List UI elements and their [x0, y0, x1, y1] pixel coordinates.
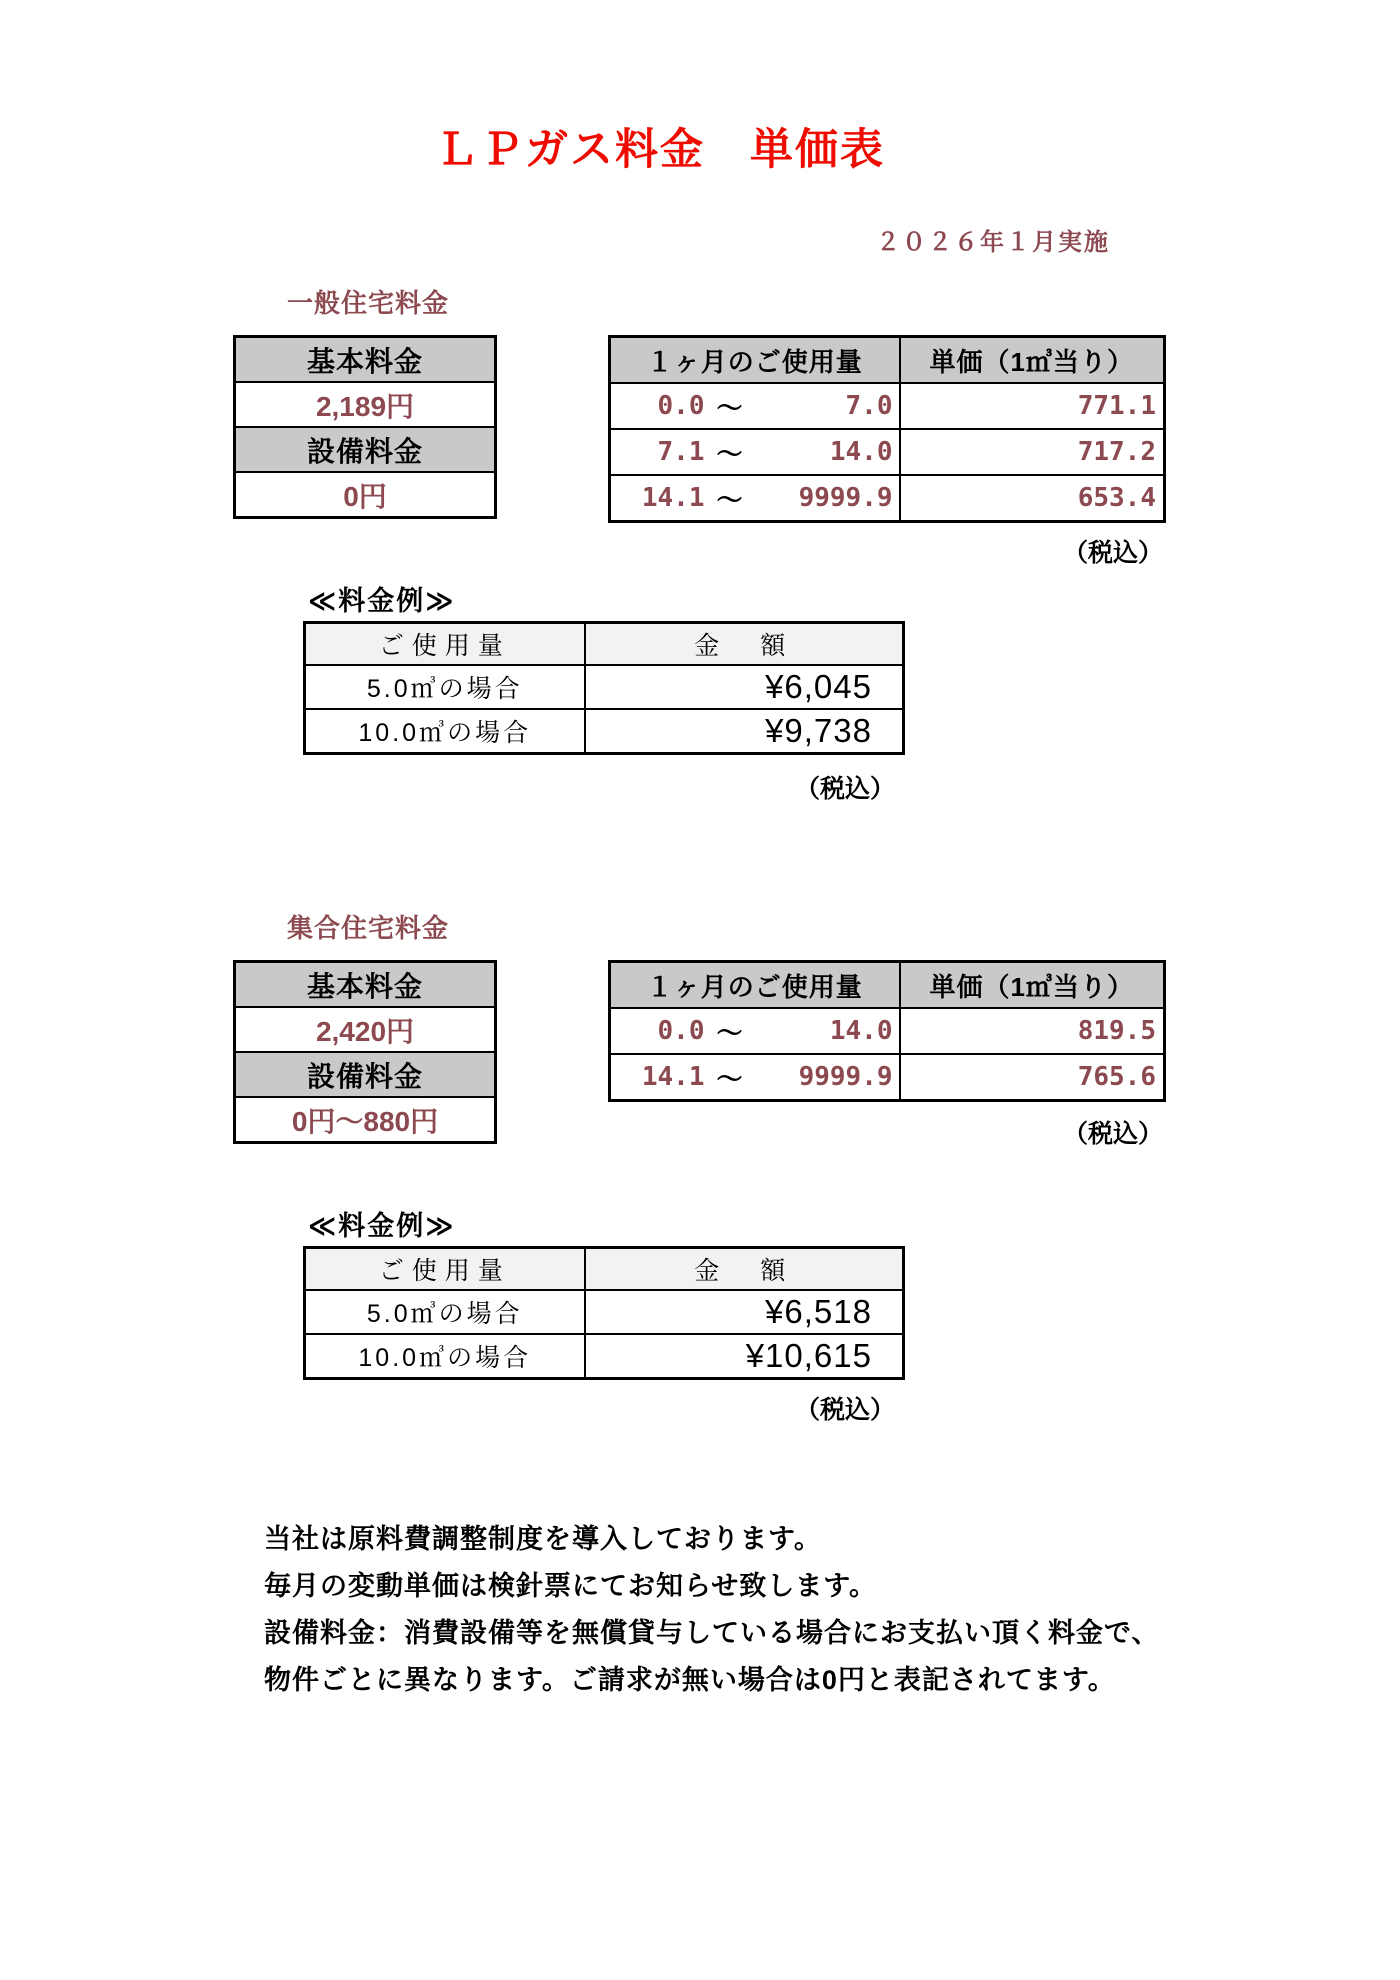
range-separator: ～: [716, 434, 742, 471]
example-usage-header: ご使用量: [305, 1248, 585, 1291]
unit-price-cell: 819.5: [900, 1008, 1165, 1054]
example-amount-cell: ¥10,615: [585, 1334, 904, 1379]
section-heading: 一般住宅料金: [287, 283, 449, 320]
table-row: 7.1 ～ 14.0 717.2: [610, 429, 1165, 475]
price-example-table: ご使用量 金 額 5.0㎥の場合 ¥6,045 10.0㎥の場合 ¥9,738: [303, 621, 905, 755]
equipment-fee-label: 設備料金: [235, 427, 496, 472]
usage-range-cell: 7.1 ～ 14.0: [610, 429, 900, 475]
example-amount-header: 金 額: [585, 623, 904, 666]
range-separator: ～: [716, 1013, 742, 1050]
section-multi-unit-housing: 集合住宅料金 基本料金 2,420円 設備料金 0円～880円 １ヶ月のご使用量…: [0, 908, 1400, 1438]
price-example-heading: ≪料金例≫: [308, 579, 456, 618]
basic-fee-table: 基本料金 2,189円 設備料金 0円: [233, 335, 497, 519]
page-title: ＬＰガス料金 単価表: [0, 116, 1320, 177]
example-usage-cell: 10.0㎥の場合: [305, 1334, 585, 1379]
table-row: 10.0㎥の場合 ¥9,738: [305, 709, 904, 754]
table-row: 10.0㎥の場合 ¥10,615: [305, 1334, 904, 1379]
table-row: 0.0 ～ 14.0 819.5: [610, 1008, 1165, 1054]
effective-date: ２０２６年１月実施: [690, 222, 1110, 257]
unit-price-cell: 765.6: [900, 1054, 1165, 1101]
example-amount-cell: ¥9,738: [585, 709, 904, 754]
table-row: 14.1 ～ 9999.9 765.6: [610, 1054, 1165, 1101]
table-row: 14.1 ～ 9999.9 653.4: [610, 475, 1165, 522]
equipment-fee-value: 0円: [235, 472, 496, 518]
note-line: 当社は原料費調整制度を導入しております。: [264, 1516, 1264, 1563]
usage-column-header: １ヶ月のご使用量: [610, 962, 900, 1009]
footer-notes: 当社は原料費調整制度を導入しております。 毎月の変動単価は検針票にてお知らせ致し…: [264, 1516, 1264, 1704]
usage-column-header: １ヶ月のご使用量: [610, 337, 900, 384]
unit-price-cell: 771.1: [900, 383, 1165, 429]
table-row: 5.0㎥の場合 ¥6,518: [305, 1290, 904, 1334]
price-sheet-page: ＬＰガス料金 単価表 ２０２６年１月実施 一般住宅料金 基本料金 2,189円 …: [0, 0, 1400, 1980]
tax-included-note: （税込）: [303, 1390, 895, 1426]
example-amount-cell: ¥6,045: [585, 665, 904, 709]
usage-range-cell: 14.1 ～ 9999.9: [610, 475, 900, 522]
price-example-heading: ≪料金例≫: [308, 1204, 456, 1243]
note-line: 設備料金：消費設備等を無償貸与している場合にお支払い頂く料金で、: [264, 1610, 1264, 1657]
section-general-housing: 一般住宅料金 基本料金 2,189円 設備料金 0円 １ヶ月のご使用量 単価（1…: [0, 283, 1400, 823]
basic-fee-label: 基本料金: [235, 337, 496, 383]
unit-price-column-header: 単価（1㎥当り）: [900, 962, 1165, 1009]
basic-fee-label: 基本料金: [235, 962, 496, 1008]
table-row: 5.0㎥の場合 ¥6,045: [305, 665, 904, 709]
range-separator: ～: [716, 388, 742, 425]
usage-range-cell: 14.1 ～ 9999.9: [610, 1054, 900, 1101]
equipment-fee-label: 設備料金: [235, 1052, 496, 1097]
note-line: 毎月の変動単価は検針票にてお知らせ致します。: [264, 1563, 1264, 1610]
example-usage-header: ご使用量: [305, 623, 585, 666]
tax-included-note: （税込）: [608, 533, 1163, 569]
usage-range-cell: 0.0 ～ 7.0: [610, 383, 900, 429]
equipment-fee-value: 0円～880円: [235, 1097, 496, 1143]
basic-fee-value: 2,420円: [235, 1007, 496, 1052]
example-usage-cell: 5.0㎥の場合: [305, 665, 585, 709]
example-usage-cell: 10.0㎥の場合: [305, 709, 585, 754]
section-heading: 集合住宅料金: [287, 908, 449, 945]
unit-price-table: １ヶ月のご使用量 単価（1㎥当り） 0.0 ～ 14.0 819.5 14.1: [608, 960, 1166, 1102]
unit-price-cell: 717.2: [900, 429, 1165, 475]
usage-range-cell: 0.0 ～ 14.0: [610, 1008, 900, 1054]
example-usage-cell: 5.0㎥の場合: [305, 1290, 585, 1334]
tax-included-note: （税込）: [303, 769, 895, 805]
basic-fee-table: 基本料金 2,420円 設備料金 0円～880円: [233, 960, 497, 1144]
unit-price-column-header: 単価（1㎥当り）: [900, 337, 1165, 384]
table-row: 0.0 ～ 7.0 771.1: [610, 383, 1165, 429]
note-line: 物件ごとに異なります。ご請求が無い場合は0円と表記されてます。: [264, 1657, 1264, 1704]
basic-fee-value: 2,189円: [235, 382, 496, 427]
range-separator: ～: [716, 1059, 742, 1096]
example-amount-cell: ¥6,518: [585, 1290, 904, 1334]
price-example-table: ご使用量 金 額 5.0㎥の場合 ¥6,518 10.0㎥の場合 ¥10,615: [303, 1246, 905, 1380]
example-amount-header: 金 額: [585, 1248, 904, 1291]
unit-price-table: １ヶ月のご使用量 単価（1㎥当り） 0.0 ～ 7.0 771.1 7.1: [608, 335, 1166, 523]
range-separator: ～: [716, 480, 742, 517]
tax-included-note: （税込）: [608, 1114, 1163, 1150]
unit-price-cell: 653.4: [900, 475, 1165, 522]
